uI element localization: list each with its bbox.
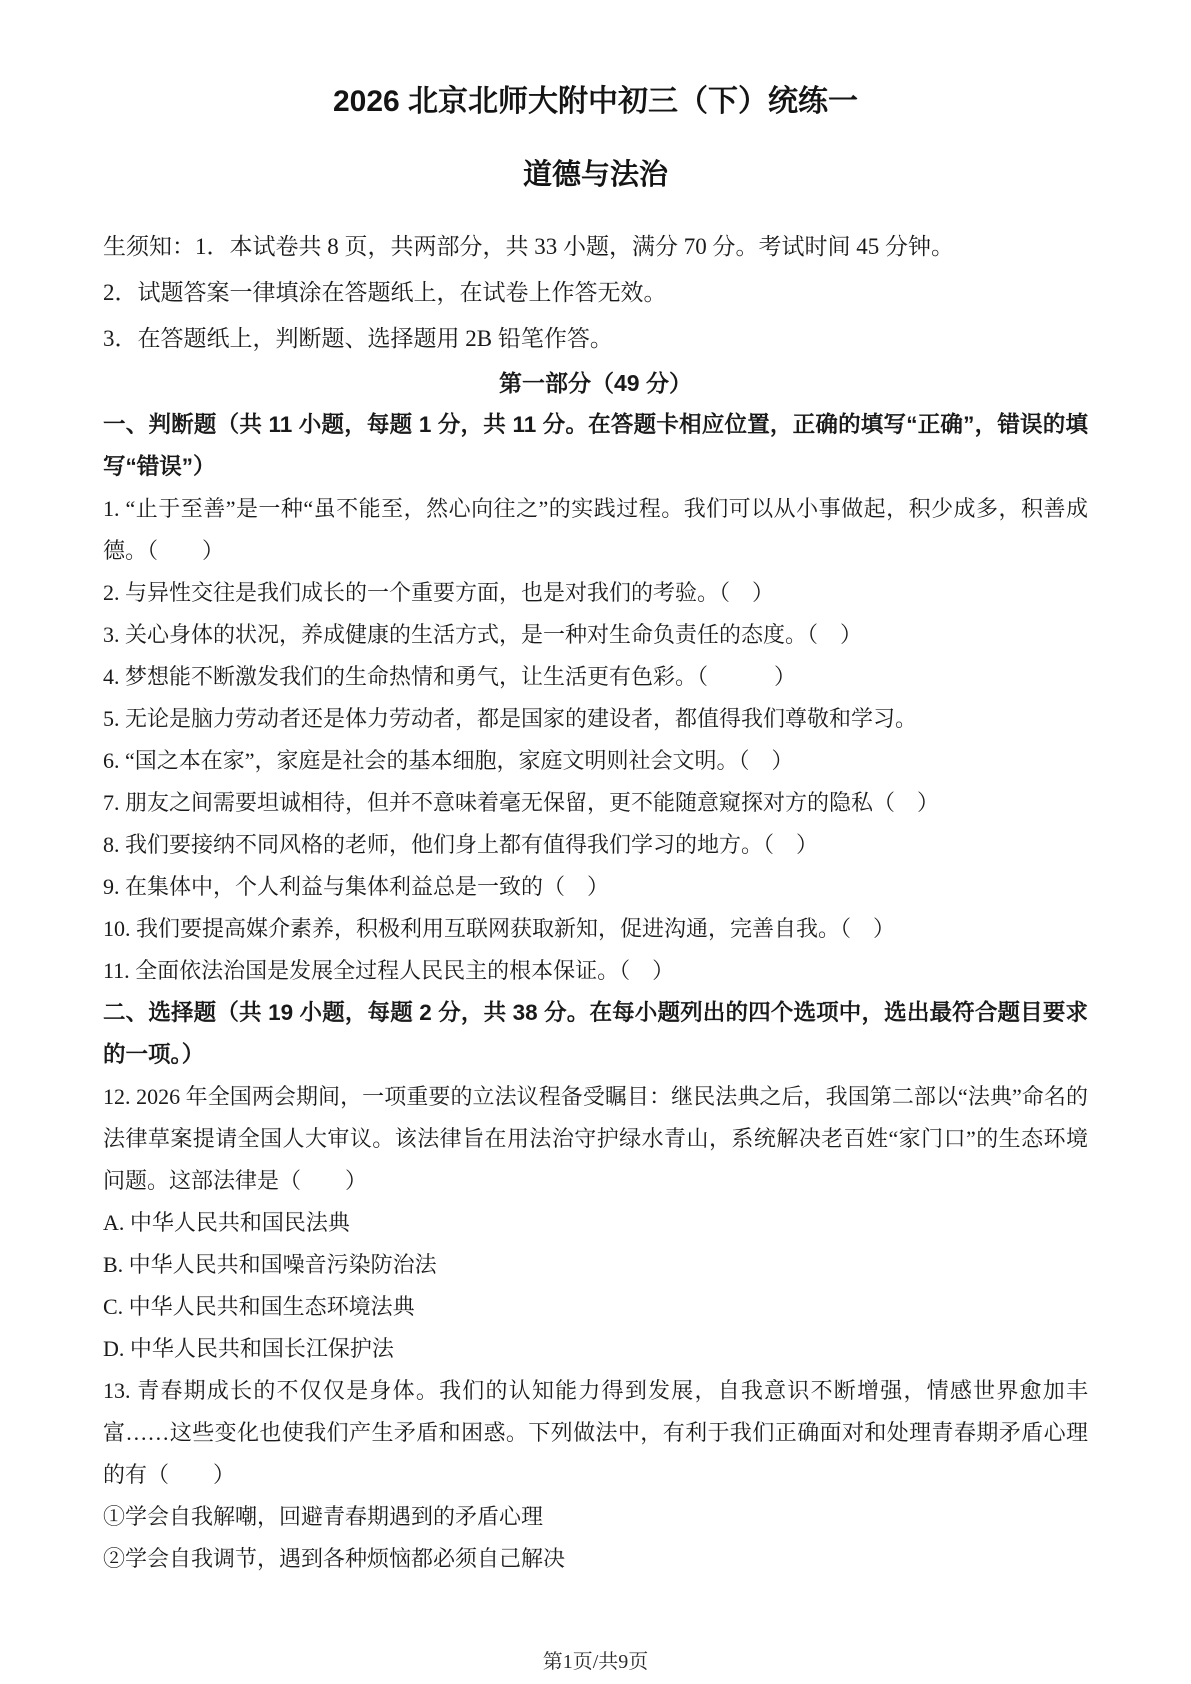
question-12-option-a: A. 中华人民共和国民法典: [103, 1202, 1088, 1244]
question-12-option-c: C. 中华人民共和国生态环境法典: [103, 1286, 1088, 1328]
judgement-question-1: 1. “止于至善”是一种“虽不能至，然心向往之”的实践过程。我们可以从小事做起，…: [103, 488, 1088, 572]
part1-heading: 第一部分（49 分）: [103, 362, 1088, 404]
notice-line-1: 生须知：1．本试卷共 8 页，共两部分，共 33 小题，满分 70 分。考试时间…: [103, 224, 1088, 270]
judgement-section-heading: 一、判断题（共 11 小题，每题 1 分，共 11 分。在答题卡相应位置，正确的…: [103, 404, 1088, 488]
notice-line-3: 3．在答题纸上，判断题、选择题用 2B 铅笔作答。: [103, 316, 1088, 362]
judgement-question-11: 11. 全面依法治国是发展全过程人民民主的根本保证。（ ）: [103, 950, 1088, 992]
page-number-footer: 第1页/共9页: [0, 1645, 1191, 1674]
question-12-option-b: B. 中华人民共和国噪音污染防治法: [103, 1244, 1088, 1286]
question-12-stem: 12. 2026 年全国两会期间，一项重要的立法议程备受瞩目：继民法典之后，我国…: [103, 1076, 1088, 1202]
judgement-question-9: 9. 在集体中，个人利益与集体利益总是一致的（ ）: [103, 866, 1088, 908]
exam-body: 第一部分（49 分） 一、判断题（共 11 小题，每题 1 分，共 11 分。在…: [103, 362, 1088, 1580]
judgement-question-7: 7. 朋友之间需要坦诚相待，但并不意味着毫无保留，更不能随意窥探对方的隐私（ ）: [103, 782, 1088, 824]
exam-notices: 生须知：1．本试卷共 8 页，共两部分，共 33 小题，满分 70 分。考试时间…: [103, 224, 1088, 362]
judgement-question-5: 5. 无论是脑力劳动者还是体力劳动者，都是国家的建设者，都值得我们尊敬和学习。: [103, 698, 1088, 740]
exam-page: 2026 北京北师大附中初三（下）统练一 道德与法治 生须知：1．本试卷共 8 …: [0, 0, 1191, 1684]
question-13-statement-1: ①学会自我解嘲，回避青春期遇到的矛盾心理: [103, 1496, 1088, 1538]
judgement-question-10: 10. 我们要提高媒介素养，积极利用互联网获取新知，促进沟通，完善自我。（ ）: [103, 908, 1088, 950]
question-13-stem: 13. 青春期成长的不仅仅是身体。我们的认知能力得到发展，自我意识不断增强，情感…: [103, 1370, 1088, 1496]
question-13-statement-2: ②学会自我调节，遇到各种烦恼都必须自己解决: [103, 1538, 1088, 1580]
exam-title: 2026 北京北师大附中初三（下）统练一: [103, 78, 1088, 126]
judgement-question-3: 3. 关心身体的状况，养成健康的生活方式，是一种对生命负责任的态度。（ ）: [103, 614, 1088, 656]
notice-line-2: 2．试题答案一律填涂在答题纸上，在试卷上作答无效。: [103, 270, 1088, 316]
judgement-question-2: 2. 与异性交往是我们成长的一个重要方面，也是对我们的考验。（ ）: [103, 572, 1088, 614]
exam-subject: 道德与法治: [103, 152, 1088, 198]
judgement-question-6: 6. “国之本在家”，家庭是社会的基本细胞，家庭文明则社会文明。（ ）: [103, 740, 1088, 782]
choice-section-heading: 二、选择题（共 19 小题，每题 2 分，共 38 分。在每小题列出的四个选项中…: [103, 992, 1088, 1076]
question-12-option-d: D. 中华人民共和国长江保护法: [103, 1328, 1088, 1370]
judgement-question-8: 8. 我们要接纳不同风格的老师，他们身上都有值得我们学习的地方。（ ）: [103, 824, 1088, 866]
judgement-question-4: 4. 梦想能不断激发我们的生命热情和勇气，让生活更有色彩。（ ）: [103, 656, 1088, 698]
exam-content: 2026 北京北师大附中初三（下）统练一 道德与法治 生须知：1．本试卷共 8 …: [0, 0, 1191, 1580]
